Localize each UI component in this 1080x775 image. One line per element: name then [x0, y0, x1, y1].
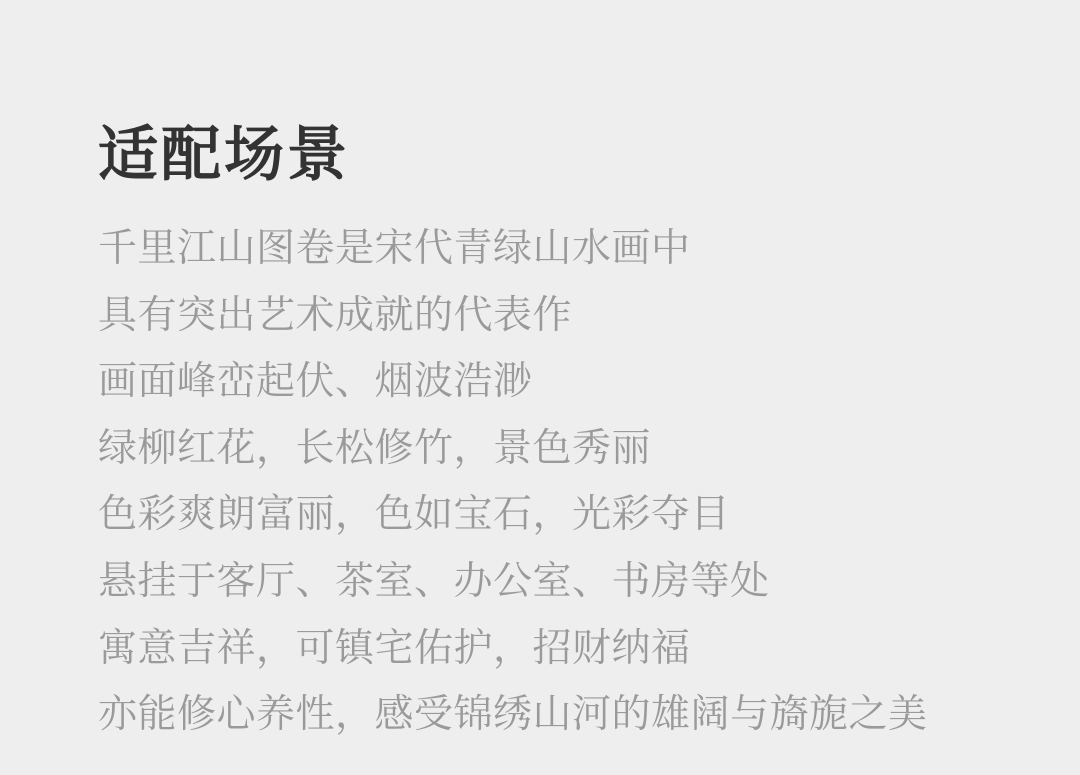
description-line: 悬挂于客厅、茶室、办公室、书房等处 — [98, 549, 1080, 616]
section-title: 适配场景 — [0, 0, 1080, 194]
scenario-section: 适配场景 千里江山图卷是宋代青绿山水画中 具有突出艺术成就的代表作 画面峰峦起伏… — [0, 0, 1080, 775]
description-line: 亦能修心养性，感受锦绣山河的雄阔与旖旎之美 — [98, 682, 1080, 749]
description-line: 画面峰峦起伏、烟波浩渺 — [98, 349, 1080, 416]
description-line: 绿柳红花，长松修竹，景色秀丽 — [98, 416, 1080, 483]
description-block: 千里江山图卷是宋代青绿山水画中 具有突出艺术成就的代表作 画面峰峦起伏、烟波浩渺… — [0, 216, 1080, 749]
description-line: 寓意吉祥，可镇宅佑护，招财纳福 — [98, 616, 1080, 683]
description-line: 千里江山图卷是宋代青绿山水画中 — [98, 216, 1080, 283]
description-line: 色彩爽朗富丽，色如宝石，光彩夺目 — [98, 482, 1080, 549]
description-line: 具有突出艺术成就的代表作 — [98, 283, 1080, 350]
